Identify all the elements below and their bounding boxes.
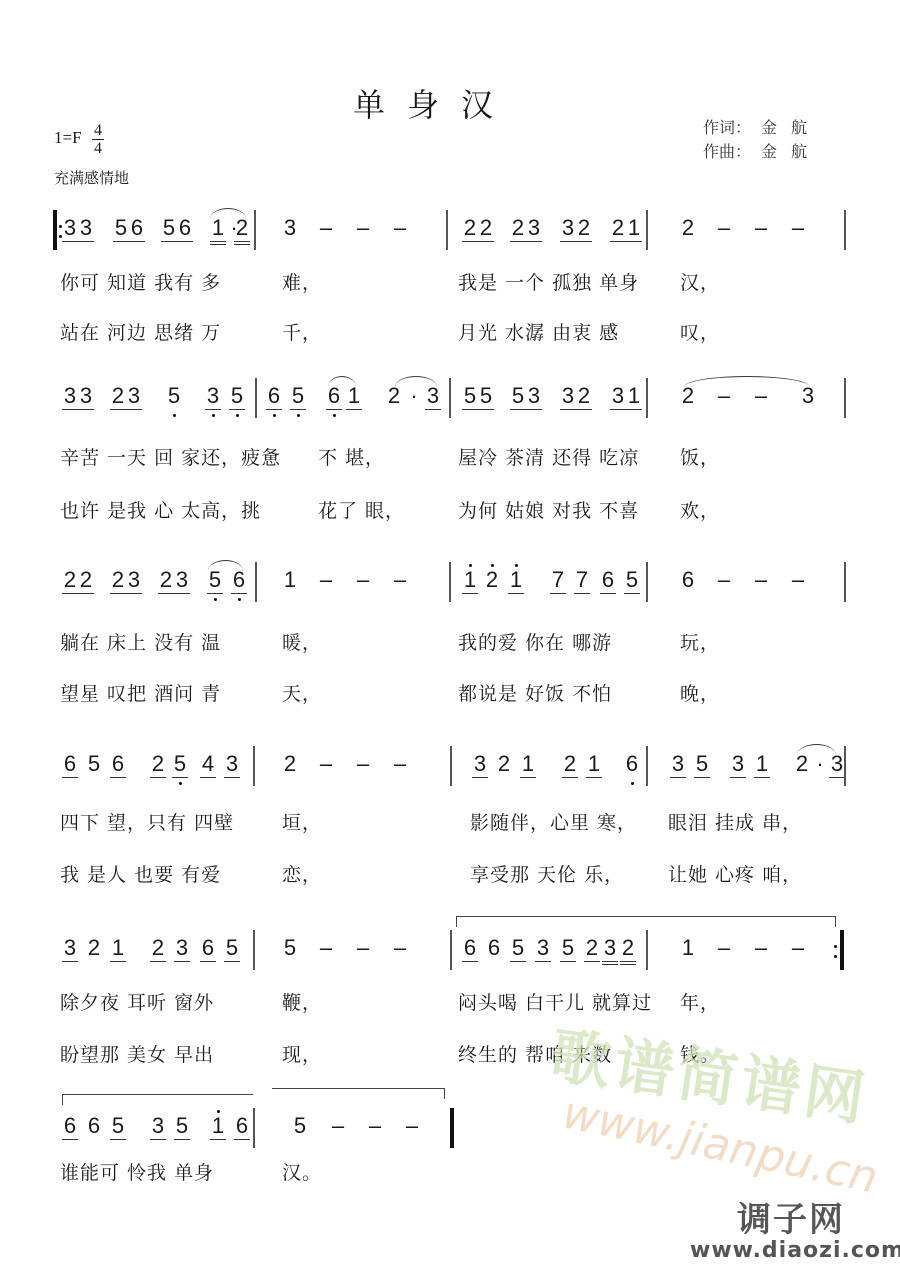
underline <box>62 409 78 410</box>
underline <box>229 409 245 410</box>
underline <box>62 1139 78 1140</box>
underline <box>62 961 78 962</box>
jianpu-note: 2 <box>576 216 592 240</box>
lyric-line-2: 现， <box>282 1040 322 1067</box>
lyric-line-1: 闷头喝 白干儿 就算过 <box>458 988 652 1015</box>
jianpu-note: 2 <box>78 568 94 592</box>
underline <box>174 961 190 962</box>
jianpu-note: 2 <box>110 384 126 408</box>
jianpu-note: – <box>318 752 334 776</box>
lyric-line-2: 千， <box>282 318 322 345</box>
barline <box>844 210 846 250</box>
jianpu-note: 6 <box>110 752 126 776</box>
jianpu-note: – <box>355 936 371 960</box>
jianpu-note: 6 <box>624 752 640 776</box>
jianpu-note: 5 <box>510 384 526 408</box>
underline <box>602 961 618 962</box>
jianpu-note: – <box>355 752 371 776</box>
jianpu-note: 3 <box>174 568 190 592</box>
jianpu-note: 3 <box>150 1114 166 1138</box>
lyric-line-1: 辛苦 一天 回 家还，疲惫 <box>60 443 281 470</box>
jianpu-note: 2 <box>794 752 810 776</box>
barline <box>449 562 451 602</box>
jianpu-note: 7 <box>550 568 566 592</box>
jianpu-note: 2 <box>150 752 166 776</box>
underline <box>510 409 526 410</box>
underline <box>234 1139 250 1140</box>
jianpu-note: 6 <box>680 568 696 592</box>
underline <box>610 409 626 410</box>
jianpu-note: 5 <box>174 1114 190 1138</box>
lyric-line-1: 暖， <box>282 628 322 655</box>
octave-dot-below <box>236 414 239 417</box>
underline <box>560 961 576 962</box>
jianpu-note: – <box>790 568 806 592</box>
underline <box>462 409 478 410</box>
octave-dot-below <box>273 414 276 417</box>
underline <box>210 241 226 242</box>
barline <box>253 746 255 786</box>
underline <box>562 777 578 778</box>
lyric-line-1: 屋冷 茶清 还得 吃凉 <box>458 443 639 470</box>
jianpu-note: 2 <box>386 384 402 408</box>
barline <box>254 210 256 250</box>
barline <box>646 746 648 786</box>
slur-tie <box>208 560 243 571</box>
lyric-line-2: 欢， <box>680 496 720 523</box>
jianpu-note: 5 <box>207 568 223 592</box>
underline <box>224 777 240 778</box>
jianpu-note: 2 <box>110 568 126 592</box>
jianpu-note: 5 <box>478 384 494 408</box>
underline <box>78 241 94 242</box>
barline <box>449 378 451 418</box>
underline <box>754 777 770 778</box>
jianpu-note: 2 <box>62 568 78 592</box>
jianpu-note: – <box>753 568 769 592</box>
underline <box>200 777 216 778</box>
jianpu-note: 6 <box>200 936 216 960</box>
underline <box>535 961 551 962</box>
jianpu-note: 2 <box>680 384 696 408</box>
underline <box>205 409 221 410</box>
octave-dot-below <box>238 598 241 601</box>
lyric-line-2: 也许 是我 心 太高，挑 <box>60 496 261 523</box>
barline <box>844 562 846 602</box>
underline <box>224 961 240 962</box>
lyric-line-1: 难， <box>282 268 322 295</box>
lyric-line-2: 我 是人 也要 有爱 <box>60 860 221 887</box>
barline <box>450 930 452 970</box>
jianpu-note: · <box>406 384 422 408</box>
underline <box>425 409 441 410</box>
jianpu-note: 1 <box>520 752 536 776</box>
jianpu-note: 1 <box>754 752 770 776</box>
jianpu-note: 1 <box>626 216 642 240</box>
barline <box>253 930 255 970</box>
jianpu-note: – <box>330 1114 346 1138</box>
jianpu-note: 5 <box>624 568 640 592</box>
jianpu-note: 6 <box>234 1114 250 1138</box>
jianpu-note: 3 <box>174 936 190 960</box>
octave-dot-below <box>212 414 215 417</box>
jianpu-note: – <box>392 752 408 776</box>
lyric-line-2: 月光 水潺 由衷 感 <box>458 318 619 345</box>
composer-line: 作曲：金航 <box>703 140 821 164</box>
final-bar <box>450 1108 454 1148</box>
jianpu-note: 3 <box>62 384 78 408</box>
octave-dot-below <box>173 414 176 417</box>
underline <box>620 964 636 965</box>
underline <box>150 961 166 962</box>
jianpu-note: 1 <box>210 1114 226 1138</box>
jianpu-note: 2 <box>576 384 592 408</box>
lyric-line-2: 让她 心疼 咱， <box>668 860 802 887</box>
jianpu-note: 2 <box>584 936 600 960</box>
jianpu-note: 5 <box>166 384 182 408</box>
underline <box>326 409 342 410</box>
jianpu-note: 3 <box>670 752 686 776</box>
underline <box>234 244 250 245</box>
octave-dot-above <box>515 564 518 567</box>
jianpu-note: – <box>318 216 334 240</box>
underline <box>526 241 542 242</box>
jianpu-note: 1 <box>680 936 696 960</box>
lyric-line-2: 盼望那 美女 早出 <box>60 1040 214 1067</box>
underline <box>560 409 576 410</box>
lyric-line-2: 都说是 好饭 不怕 <box>458 679 612 706</box>
jianpu-note: – <box>790 216 806 240</box>
jianpu-note: 2 <box>86 936 102 960</box>
slur-tie <box>395 376 437 387</box>
slur-tie <box>797 744 836 755</box>
underline <box>210 1139 226 1140</box>
slur-tie <box>684 376 810 387</box>
lyric-line-2: 享受那 天伦 乐， <box>470 860 624 887</box>
underline <box>462 593 478 594</box>
lyric-line-1: 谁能可 怜我 单身 <box>60 1158 214 1185</box>
jianpu-note: 6 <box>486 936 502 960</box>
lyric-line-2: 叹， <box>680 318 720 345</box>
underline <box>550 593 566 594</box>
jianpu-note: 1 <box>626 384 642 408</box>
barline <box>646 378 648 418</box>
octave-dot-above <box>469 564 472 567</box>
underline <box>624 593 640 594</box>
jianpu-note: 3 <box>282 216 298 240</box>
repeat-dots <box>834 938 837 965</box>
underline <box>177 241 193 242</box>
barline <box>446 210 448 250</box>
jianpu-note: 6 <box>62 1114 78 1138</box>
slur-tie <box>210 208 246 219</box>
lyric-line-2: 望星 叹把 酒问 青 <box>60 679 221 706</box>
lyric-line-2: 恋， <box>282 860 322 887</box>
jianpu-note: 2 <box>282 752 298 776</box>
octave-dot-above <box>217 1110 220 1113</box>
jianpu-note: 6 <box>129 216 145 240</box>
lyric-line-1: 我是 一个 孤独 单身 <box>458 268 639 295</box>
jianpu-note: – <box>790 936 806 960</box>
jianpu-note: 5 <box>161 216 177 240</box>
jianpu-note: 3 <box>224 752 240 776</box>
watermark-brand-url: www.diaozi.com <box>690 1238 900 1263</box>
jianpu-note: 6 <box>62 752 78 776</box>
underline <box>508 593 524 594</box>
jianpu-note: 2 <box>610 216 626 240</box>
octave-dot-below <box>333 414 336 417</box>
jianpu-note: 5 <box>86 752 102 776</box>
jianpu-note: 3 <box>730 752 746 776</box>
underline <box>620 961 636 962</box>
jianpu-note: – <box>716 936 732 960</box>
underline <box>210 244 226 245</box>
slur-tie <box>328 376 356 387</box>
jianpu-note: 2 <box>510 216 526 240</box>
underline <box>62 241 78 242</box>
underline <box>478 241 494 242</box>
underline <box>150 777 166 778</box>
barline <box>646 930 648 970</box>
underline <box>346 409 362 410</box>
lyric-line-2: 为何 姑娘 对我 不喜 <box>458 496 639 523</box>
underline <box>584 961 600 962</box>
jianpu-note: 2 <box>620 936 636 960</box>
underline <box>174 593 190 594</box>
watermark-brand: 调子网 <box>737 1192 845 1241</box>
jianpu-note: – <box>355 216 371 240</box>
underline <box>626 409 642 410</box>
jianpu-note: 1 <box>508 568 524 592</box>
lyric-line-2: 晚， <box>680 679 720 706</box>
underline <box>62 593 78 594</box>
repeat-dots <box>59 218 62 245</box>
jianpu-note: – <box>367 1114 383 1138</box>
jianpu-note: 6 <box>177 216 193 240</box>
underline <box>510 241 526 242</box>
underline <box>478 409 494 410</box>
jianpu-note: – <box>753 384 769 408</box>
jianpu-note: – <box>392 568 408 592</box>
underline <box>670 777 686 778</box>
underline <box>129 241 145 242</box>
barline <box>450 746 452 786</box>
underline <box>150 1139 166 1140</box>
underline <box>586 777 602 778</box>
jianpu-note: 2 <box>158 568 174 592</box>
jianpu-note: 6 <box>462 936 478 960</box>
lyric-line-1: 玩， <box>680 628 720 655</box>
underline <box>234 241 250 242</box>
underline <box>520 777 536 778</box>
barline <box>255 562 257 602</box>
jianpu-note: 2 <box>680 216 696 240</box>
jianpu-note: 5 <box>229 384 245 408</box>
underline <box>110 1139 126 1140</box>
underline <box>113 241 129 242</box>
jianpu-note: 5 <box>290 384 306 408</box>
jianpu-note: 3 <box>78 384 94 408</box>
barline <box>255 378 257 418</box>
jianpu-note: 3 <box>472 752 488 776</box>
jianpu-note: 1 <box>462 568 478 592</box>
jianpu-note: · <box>812 752 828 776</box>
jianpu-note: 2 <box>484 568 500 592</box>
barline <box>844 378 846 418</box>
jianpu-note: 5 <box>172 752 188 776</box>
jianpu-note: 5 <box>292 1114 308 1138</box>
jianpu-note: 2 <box>234 216 250 240</box>
underline <box>172 777 188 778</box>
jianpu-note: 3 <box>126 384 142 408</box>
jianpu-note: 1 <box>282 568 298 592</box>
lyric-line-2: 天， <box>282 679 322 706</box>
underline <box>174 1139 190 1140</box>
underline <box>730 777 746 778</box>
jianpu-note: 1 <box>110 936 126 960</box>
lyric-line-1: 影随伴，心里 寒， <box>470 808 637 835</box>
jianpu-note: – <box>404 1114 420 1138</box>
jianpu-note: 3 <box>829 752 845 776</box>
octave-dot-below <box>214 598 217 601</box>
jianpu-note: 3 <box>560 216 576 240</box>
underline <box>462 961 478 962</box>
underline <box>560 241 576 242</box>
lyric-line-1: 年， <box>680 988 720 1015</box>
jianpu-note: 5 <box>113 216 129 240</box>
lyric-line-1: 汉。 <box>282 1158 322 1185</box>
underline <box>266 409 282 410</box>
lyric-line-1: 眼泪 挂成 串， <box>668 808 802 835</box>
underline <box>510 961 526 962</box>
jianpu-note: 6 <box>266 384 282 408</box>
jianpu-note: – <box>716 216 732 240</box>
lyric-line-1: 除夕夜 耳听 窗外 <box>60 988 214 1015</box>
underline <box>158 593 174 594</box>
repeat-end-bar <box>840 930 844 970</box>
jianpu-note: 2 <box>562 752 578 776</box>
lyric-line-1: 我的爱 你在 哪游 <box>458 628 612 655</box>
jianpu-note: 2 <box>150 936 166 960</box>
octave-dot-above <box>491 564 494 567</box>
jianpu-note: 2 <box>462 216 478 240</box>
lyric-line-1: 四下 望，只有 四壁 <box>60 808 234 835</box>
underline <box>290 409 306 410</box>
underline <box>62 777 78 778</box>
jianpu-note: 3 <box>560 384 576 408</box>
lyric-line-2: 花了 眼， <box>318 496 405 523</box>
underline <box>576 409 592 410</box>
jianpu-note: 3 <box>78 216 94 240</box>
underline <box>462 241 478 242</box>
jianpu-note: 5 <box>560 936 576 960</box>
jianpu-note: 2 <box>478 216 494 240</box>
lyric-line-1: 躺在 床上 没有 温 <box>60 628 221 655</box>
jianpu-note: – <box>318 936 334 960</box>
jianpu-note: – <box>318 568 334 592</box>
barline <box>253 1108 255 1148</box>
jianpu-note: 5 <box>282 936 298 960</box>
octave-dot-below <box>631 782 634 785</box>
underline <box>231 593 247 594</box>
underline <box>126 593 142 594</box>
jianpu-note: 6 <box>86 1114 102 1138</box>
time-signature: 4 4 <box>92 122 104 157</box>
lyricist-line: 作词：金航 <box>703 116 821 140</box>
underline <box>207 593 223 594</box>
jianpu-note: 2 <box>496 752 512 776</box>
jianpu-note: 5 <box>110 1114 126 1138</box>
jianpu-note: 3 <box>610 384 626 408</box>
underline <box>829 777 845 778</box>
jianpu-note: 6 <box>600 568 616 592</box>
jianpu-note: 3 <box>526 384 542 408</box>
underline <box>576 241 592 242</box>
lyric-line-1: 不 堪， <box>318 443 385 470</box>
jianpu-note: 3 <box>126 568 142 592</box>
barline <box>646 562 648 602</box>
jianpu-note: 6 <box>231 568 247 592</box>
jianpu-note: 3 <box>205 384 221 408</box>
underline <box>78 409 94 410</box>
jianpu-note: 3 <box>526 216 542 240</box>
lyric-line-1: 你可 知道 我有 多 <box>60 268 221 295</box>
underline <box>694 777 710 778</box>
underline <box>574 593 590 594</box>
underline <box>110 409 126 410</box>
jianpu-note: 5 <box>694 752 710 776</box>
jianpu-note: 3 <box>62 936 78 960</box>
jianpu-note: – <box>753 216 769 240</box>
credits: 作词：金航 作曲：金航 <box>703 116 821 164</box>
jianpu-note: 1 <box>210 216 226 240</box>
underline <box>472 777 488 778</box>
lyric-line-1: 饭， <box>680 443 720 470</box>
volta-bracket <box>272 1088 445 1099</box>
lyric-line-1: 垣， <box>282 808 322 835</box>
jianpu-note: 3 <box>602 936 618 960</box>
underline <box>110 961 126 962</box>
underline <box>126 409 142 410</box>
key-signature: 1=F 4 4 <box>54 128 82 148</box>
jianpu-note: – <box>392 936 408 960</box>
jianpu-note: 3 <box>62 216 78 240</box>
jianpu-note: 5 <box>462 384 478 408</box>
underline <box>626 241 642 242</box>
jianpu-note: – <box>716 568 732 592</box>
underline <box>602 964 618 965</box>
underline <box>610 241 626 242</box>
expression-mark: 充满感情地 <box>54 167 129 188</box>
lyric-line-1: 汉， <box>680 268 720 295</box>
jianpu-note: – <box>716 384 732 408</box>
octave-dot-below <box>179 782 182 785</box>
underline <box>78 593 94 594</box>
barline <box>646 210 648 250</box>
jianpu-note: 3 <box>425 384 441 408</box>
jianpu-note: 1 <box>586 752 602 776</box>
jianpu-note: 5 <box>224 936 240 960</box>
barline <box>844 746 846 786</box>
repeat-start-bar <box>53 210 57 250</box>
underline <box>161 241 177 242</box>
vit-bracket <box>62 1094 253 1105</box>
underline <box>110 777 126 778</box>
jianpu-note: – <box>355 568 371 592</box>
jianpu-note: 5 <box>510 936 526 960</box>
jianpu-note: 7 <box>574 568 590 592</box>
volta-bracket <box>456 916 836 927</box>
